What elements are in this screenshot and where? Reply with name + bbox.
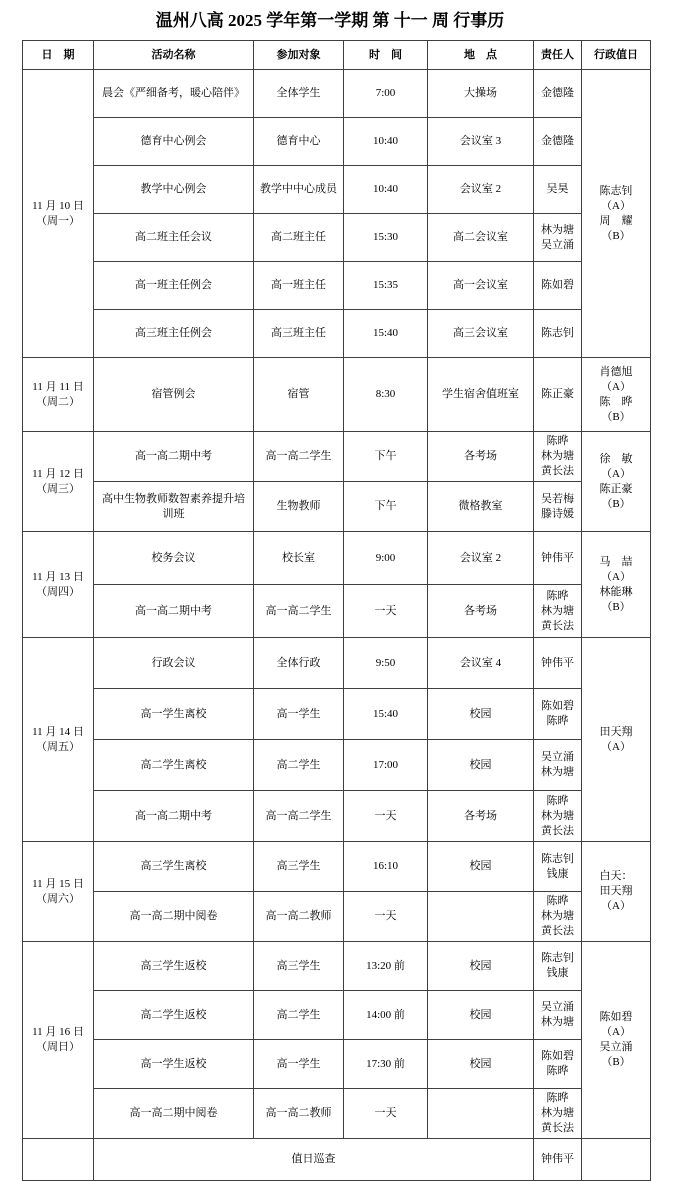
date-cell: 11 月 14 日 （周五） xyxy=(23,638,94,842)
participants-cell: 高一高二学生 xyxy=(254,791,344,842)
location-cell: 各考场 xyxy=(428,432,534,482)
location-cell: 校园 xyxy=(428,740,534,791)
time-cell: 17:30 前 xyxy=(344,1040,428,1089)
time-cell: 8:30 xyxy=(344,358,428,432)
activity-cell: 高三学生离校 xyxy=(94,842,254,892)
location-cell: 校园 xyxy=(428,689,534,740)
admin-duty-cell: 白天： 田天翔 （A） xyxy=(582,842,651,942)
participants-cell: 校长室 xyxy=(254,532,344,585)
participants-cell: 教学中中心成员 xyxy=(254,166,344,214)
time-cell: 下午 xyxy=(344,482,428,532)
responsible-cell: 吴立涌 林为塘 xyxy=(534,740,582,791)
location-cell: 大操场 xyxy=(428,70,534,118)
activity-cell: 教学中心例会 xyxy=(94,166,254,214)
activity-cell: 宿管例会 xyxy=(94,358,254,432)
responsible-cell: 陈晔 林为塘 黄长法 xyxy=(534,585,582,638)
responsible-cell: 吴若梅 滕诗媛 xyxy=(534,482,582,532)
time-cell: 15:30 xyxy=(344,214,428,262)
date-cell: 11 月 11 日 （周二） xyxy=(23,358,94,432)
header-time: 时 间 xyxy=(344,41,428,70)
participants-cell: 全体行政 xyxy=(254,638,344,689)
location-cell: 校园 xyxy=(428,1040,534,1089)
table-row: 德育中心例会 德育中心 10:40 会议室 3 金德隆 xyxy=(23,118,651,166)
date-cell: 11 月 15 日 （周六） xyxy=(23,842,94,942)
time-cell: 15:35 xyxy=(344,262,428,310)
header-date: 日 期 xyxy=(23,41,94,70)
participants-cell: 高一班主任 xyxy=(254,262,344,310)
table-row: 11 月 10 日 （周一） 晨会《严细备考，暖心陪伴》 全体学生 7:00 大… xyxy=(23,70,651,118)
responsible-cell: 陈晔 林为塘 黄长法 xyxy=(534,892,582,942)
activity-cell: 高一高二期中考 xyxy=(94,432,254,482)
location-cell: 会议室 2 xyxy=(428,532,534,585)
responsible-cell: 陈志钊 xyxy=(534,310,582,358)
admin-duty-cell: 陈志钊 （A） 周 耀 （B） xyxy=(582,70,651,358)
admin-duty-cell: 田天翔 （A） xyxy=(582,638,651,842)
time-cell: 9:50 xyxy=(344,638,428,689)
table-row: 11 月 11 日 （周二） 宿管例会 宿管 8:30 学生宿舍值班室 陈正豪 … xyxy=(23,358,651,432)
location-cell: 各考场 xyxy=(428,791,534,842)
date-cell: 11 月 13 日 （周四） xyxy=(23,532,94,638)
participants-cell: 高一高二教师 xyxy=(254,892,344,942)
location-cell: 会议室 4 xyxy=(428,638,534,689)
time-cell: 一天 xyxy=(344,1089,428,1139)
activity-cell: 德育中心例会 xyxy=(94,118,254,166)
activity-cell: 高一学生返校 xyxy=(94,1040,254,1089)
participants-cell: 高二学生 xyxy=(254,991,344,1040)
time-cell: 16:10 xyxy=(344,842,428,892)
table-header-row: 日 期 活动名称 参加对象 时 间 地 点 责任人 行政值日 xyxy=(23,41,651,70)
table-row: 11 月 16 日 （周日） 高三学生返校 高三学生 13:20 前 校园 陈志… xyxy=(23,942,651,991)
location-cell: 学生宿舍值班室 xyxy=(428,358,534,432)
participants-cell: 高二班主任 xyxy=(254,214,344,262)
date-cell: 11 月 12 日 （周三） xyxy=(23,432,94,532)
activity-cell: 高一高二期中阅卷 xyxy=(94,1089,254,1139)
activity-cell: 高二班主任会议 xyxy=(94,214,254,262)
document-page: 温州八高 2025 学年第一学期 第 十一 周 行事历 日 期 活动名称 参加对… xyxy=(0,0,680,1178)
time-cell: 13:20 前 xyxy=(344,942,428,991)
location-cell: 校园 xyxy=(428,991,534,1040)
time-cell: 17:00 xyxy=(344,740,428,791)
time-cell: 10:40 xyxy=(344,118,428,166)
table-row: 值日巡查 钟伟平 xyxy=(23,1139,651,1181)
table-row: 高一学生返校 高一学生 17:30 前 校园 陈如碧 陈晔 xyxy=(23,1040,651,1089)
responsible-cell: 金德隆 xyxy=(534,70,582,118)
table-row: 11 月 14 日 （周五） 行政会议 全体行政 9:50 会议室 4 钟伟平 … xyxy=(23,638,651,689)
table-row: 高一高二期中考 高一高二学生 一天 各考场 陈晔 林为塘 黄长法 xyxy=(23,791,651,842)
time-cell: 10:40 xyxy=(344,166,428,214)
time-cell: 9:00 xyxy=(344,532,428,585)
participants-cell: 高二学生 xyxy=(254,740,344,791)
admin-duty-cell: 马 喆 （A） 林能琳 （B） xyxy=(582,532,651,638)
time-cell: 15:40 xyxy=(344,310,428,358)
admin-duty-cell: 肖德旭 （A） 陈 晔 （B） xyxy=(582,358,651,432)
activity-cell: 高中生物教师数智素养提升培训班 xyxy=(94,482,254,532)
participants-cell: 高一高二教师 xyxy=(254,1089,344,1139)
table-head: 日 期 活动名称 参加对象 时 间 地 点 责任人 行政值日 xyxy=(23,41,651,70)
header-location: 地 点 xyxy=(428,41,534,70)
page-title: 温州八高 2025 学年第一学期 第 十一 周 行事历 xyxy=(0,0,660,31)
location-cell: 高一会议室 xyxy=(428,262,534,310)
location-cell xyxy=(428,892,534,942)
time-cell: 14:00 前 xyxy=(344,991,428,1040)
location-cell: 高三会议室 xyxy=(428,310,534,358)
responsible-cell: 陈如碧 xyxy=(534,262,582,310)
participants-cell: 高三学生 xyxy=(254,942,344,991)
location-cell: 会议室 2 xyxy=(428,166,534,214)
header-admin-duty: 行政值日 xyxy=(582,41,651,70)
time-cell: 下午 xyxy=(344,432,428,482)
location-cell: 会议室 3 xyxy=(428,118,534,166)
location-cell: 微格教室 xyxy=(428,482,534,532)
activity-cell: 高一学生离校 xyxy=(94,689,254,740)
participants-cell: 宿管 xyxy=(254,358,344,432)
activity-cell: 高一高二期中考 xyxy=(94,791,254,842)
activity-cell: 高一班主任例会 xyxy=(94,262,254,310)
activity-cell: 晨会《严细备考，暖心陪伴》 xyxy=(94,70,254,118)
table-row: 高二学生返校 高二学生 14:00 前 校园 吴立涌 林为塘 xyxy=(23,991,651,1040)
table-row: 高一班主任例会 高一班主任 15:35 高一会议室 陈如碧 xyxy=(23,262,651,310)
participants-cell: 高一学生 xyxy=(254,1040,344,1089)
responsible-cell: 陈志钊 钱康 xyxy=(534,942,582,991)
location-cell: 高二会议室 xyxy=(428,214,534,262)
date-cell: 11 月 16 日 （周日） xyxy=(23,942,94,1139)
time-cell: 一天 xyxy=(344,892,428,942)
activity-cell: 行政会议 xyxy=(94,638,254,689)
responsible-cell: 陈志钊 钱康 xyxy=(534,842,582,892)
admin-duty-cell: 徐 敏 （A） 陈正豪 （B） xyxy=(582,432,651,532)
activity-cell: 校务会议 xyxy=(94,532,254,585)
table-row: 高一高二期中考 高一高二学生 一天 各考场 陈晔 林为塘 黄长法 xyxy=(23,585,651,638)
responsible-cell: 吴昊 xyxy=(534,166,582,214)
location-cell: 校园 xyxy=(428,942,534,991)
responsible-cell: 林为塘 吴立涌 xyxy=(534,214,582,262)
table-row: 高二班主任会议 高二班主任 15:30 高二会议室 林为塘 吴立涌 xyxy=(23,214,651,262)
table-row: 高一高二期中阅卷 高一高二教师 一天 陈晔 林为塘 黄长法 xyxy=(23,892,651,942)
table-row: 11 月 13 日 （周四） 校务会议 校长室 9:00 会议室 2 钟伟平 马… xyxy=(23,532,651,585)
table-body: 11 月 10 日 （周一） 晨会《严细备考，暖心陪伴》 全体学生 7:00 大… xyxy=(23,70,651,1181)
table-row: 11 月 12 日 （周三） 高一高二期中考 高一高二学生 下午 各考场 陈晔 … xyxy=(23,432,651,482)
responsible-cell: 钟伟平 xyxy=(534,638,582,689)
time-cell: 一天 xyxy=(344,791,428,842)
location-cell: 校园 xyxy=(428,842,534,892)
table-row: 教学中心例会 教学中中心成员 10:40 会议室 2 吴昊 xyxy=(23,166,651,214)
admin-duty-cell: 陈如碧 （A） 吴立涌 （B） xyxy=(582,942,651,1139)
table-row: 高一学生离校 高一学生 15:40 校园 陈如碧 陈晔 xyxy=(23,689,651,740)
activity-cell: 高一高二期中考 xyxy=(94,585,254,638)
responsible-cell: 金德隆 xyxy=(534,118,582,166)
activity-cell: 高一高二期中阅卷 xyxy=(94,892,254,942)
participants-cell: 全体学生 xyxy=(254,70,344,118)
responsible-cell: 陈晔 林为塘 黄长法 xyxy=(534,432,582,482)
activity-cell: 高二学生离校 xyxy=(94,740,254,791)
participants-cell: 高三班主任 xyxy=(254,310,344,358)
responsible-cell: 陈正豪 xyxy=(534,358,582,432)
time-cell: 15:40 xyxy=(344,689,428,740)
header-participants: 参加对象 xyxy=(254,41,344,70)
header-responsible: 责任人 xyxy=(534,41,582,70)
table-row: 高三班主任例会 高三班主任 15:40 高三会议室 陈志钊 xyxy=(23,310,651,358)
participants-cell: 高一高二学生 xyxy=(254,585,344,638)
responsible-cell: 陈晔 林为塘 黄长法 xyxy=(534,1089,582,1139)
weekly-schedule-table: 日 期 活动名称 参加对象 时 间 地 点 责任人 行政值日 11 月 10 日… xyxy=(22,40,651,1181)
location-cell: 各考场 xyxy=(428,585,534,638)
table-row: 高二学生离校 高二学生 17:00 校园 吴立涌 林为塘 xyxy=(23,740,651,791)
admin-duty-cell xyxy=(582,1139,651,1181)
responsible-cell: 吴立涌 林为塘 xyxy=(534,991,582,1040)
time-cell: 一天 xyxy=(344,585,428,638)
table-row: 11 月 15 日 （周六） 高三学生离校 高三学生 16:10 校园 陈志钊 … xyxy=(23,842,651,892)
participants-cell: 高一学生 xyxy=(254,689,344,740)
responsible-cell: 陈晔 林为塘 黄长法 xyxy=(534,791,582,842)
participants-cell: 高一高二学生 xyxy=(254,432,344,482)
responsible-cell: 钟伟平 xyxy=(534,1139,582,1181)
activity-cell: 高三学生返校 xyxy=(94,942,254,991)
activity-cell: 值日巡查 xyxy=(94,1139,534,1181)
participants-cell: 高三学生 xyxy=(254,842,344,892)
activity-cell: 高二学生返校 xyxy=(94,991,254,1040)
responsible-cell: 钟伟平 xyxy=(534,532,582,585)
responsible-cell: 陈如碧 陈晔 xyxy=(534,689,582,740)
activity-cell: 高三班主任例会 xyxy=(94,310,254,358)
table-row: 高中生物教师数智素养提升培训班 生物教师 下午 微格教室 吴若梅 滕诗媛 xyxy=(23,482,651,532)
participants-cell: 德育中心 xyxy=(254,118,344,166)
participants-cell: 生物教师 xyxy=(254,482,344,532)
header-activity: 活动名称 xyxy=(94,41,254,70)
date-cell xyxy=(23,1139,94,1181)
table-row: 高一高二期中阅卷 高一高二教师 一天 陈晔 林为塘 黄长法 xyxy=(23,1089,651,1139)
date-cell: 11 月 10 日 （周一） xyxy=(23,70,94,358)
location-cell xyxy=(428,1089,534,1139)
time-cell: 7:00 xyxy=(344,70,428,118)
responsible-cell: 陈如碧 陈晔 xyxy=(534,1040,582,1089)
